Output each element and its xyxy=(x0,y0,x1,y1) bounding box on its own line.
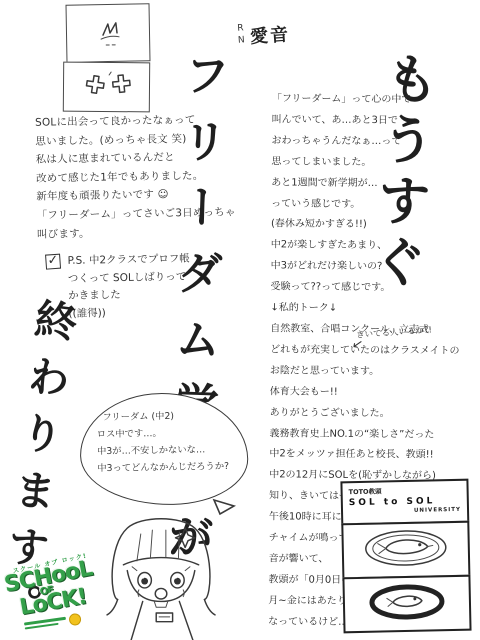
comic-header-panel: TOTO教頭 SOL to SOL UNIVERSITY xyxy=(340,479,469,526)
letter-line: 中3がどれだけ楽しいの? xyxy=(271,257,461,279)
letter-line: 思ってしまいました。 xyxy=(271,152,461,174)
letter-line: 中2をメッツァ担任あと校長、教頭!! xyxy=(269,445,459,467)
sketch-box-bottom xyxy=(63,62,150,113)
letter-line: っていう感じです。 xyxy=(271,194,461,216)
comic-header-title: TOTO教頭 xyxy=(349,485,461,496)
letter-line: 「フリーダーム」って心の中で xyxy=(272,89,462,111)
comic-panel-fish-2 xyxy=(342,575,471,634)
sparkle-doodle xyxy=(64,63,149,112)
letter-line: どれもが充実していたのはクラスメイトの xyxy=(270,340,460,362)
comic-panel-fish-1 xyxy=(341,521,470,580)
letter-line: ↓私的トーク↓ xyxy=(270,298,460,320)
fish-on-plate-doodle xyxy=(343,523,468,574)
radio-name-text: 愛音 xyxy=(249,20,291,49)
radio-name: RN 愛音 xyxy=(235,20,291,50)
letter-line: 義務教育史上NO.1の“楽しさ”だった xyxy=(269,424,459,446)
letter-line: 中2が楽しすぎたあまり、 xyxy=(271,236,461,258)
logo-yellow-badge xyxy=(68,612,82,626)
comic-strip: TOTO教頭 SOL to SOL UNIVERSITY xyxy=(340,481,471,634)
letter-line: 叫んでいて、あ…あと3日で xyxy=(272,110,462,132)
letter-line: 受験って??って感じです。 xyxy=(270,277,460,299)
letter-line: 体育大会もー!! xyxy=(270,382,460,404)
letter-line: あと1週間で新学期が… xyxy=(271,173,461,195)
fish-on-dark-plate-doodle xyxy=(344,577,469,628)
letter-line: お陰だと思っています。 xyxy=(270,361,460,383)
sketch-box-top xyxy=(66,3,151,62)
letter-paper: SOLに出会って良かったなぁって思いました。(めっちゃ長文 笑)私は人に恵まれて… xyxy=(0,0,480,640)
radio-name-rn-label: RN xyxy=(235,23,247,48)
scribble-doodle xyxy=(67,4,150,61)
checked-checkbox-icon: ✓ xyxy=(45,254,61,270)
letter-line: おわっちゃうんだなぁ…って xyxy=(271,131,461,153)
speech-bubble: フリーダム (中2)ロス中です…。中3が…不安しかないな…中3ってどんなかんじだ… xyxy=(79,392,249,507)
letter-line: (春休み短かすぎる!!) xyxy=(271,215,461,237)
letter-line: ありがとうございました。 xyxy=(270,403,460,425)
comic-header-univ: UNIVERSITY xyxy=(349,507,461,515)
bubble-line: 中3ってどんなかんじだろうか? xyxy=(97,458,237,477)
